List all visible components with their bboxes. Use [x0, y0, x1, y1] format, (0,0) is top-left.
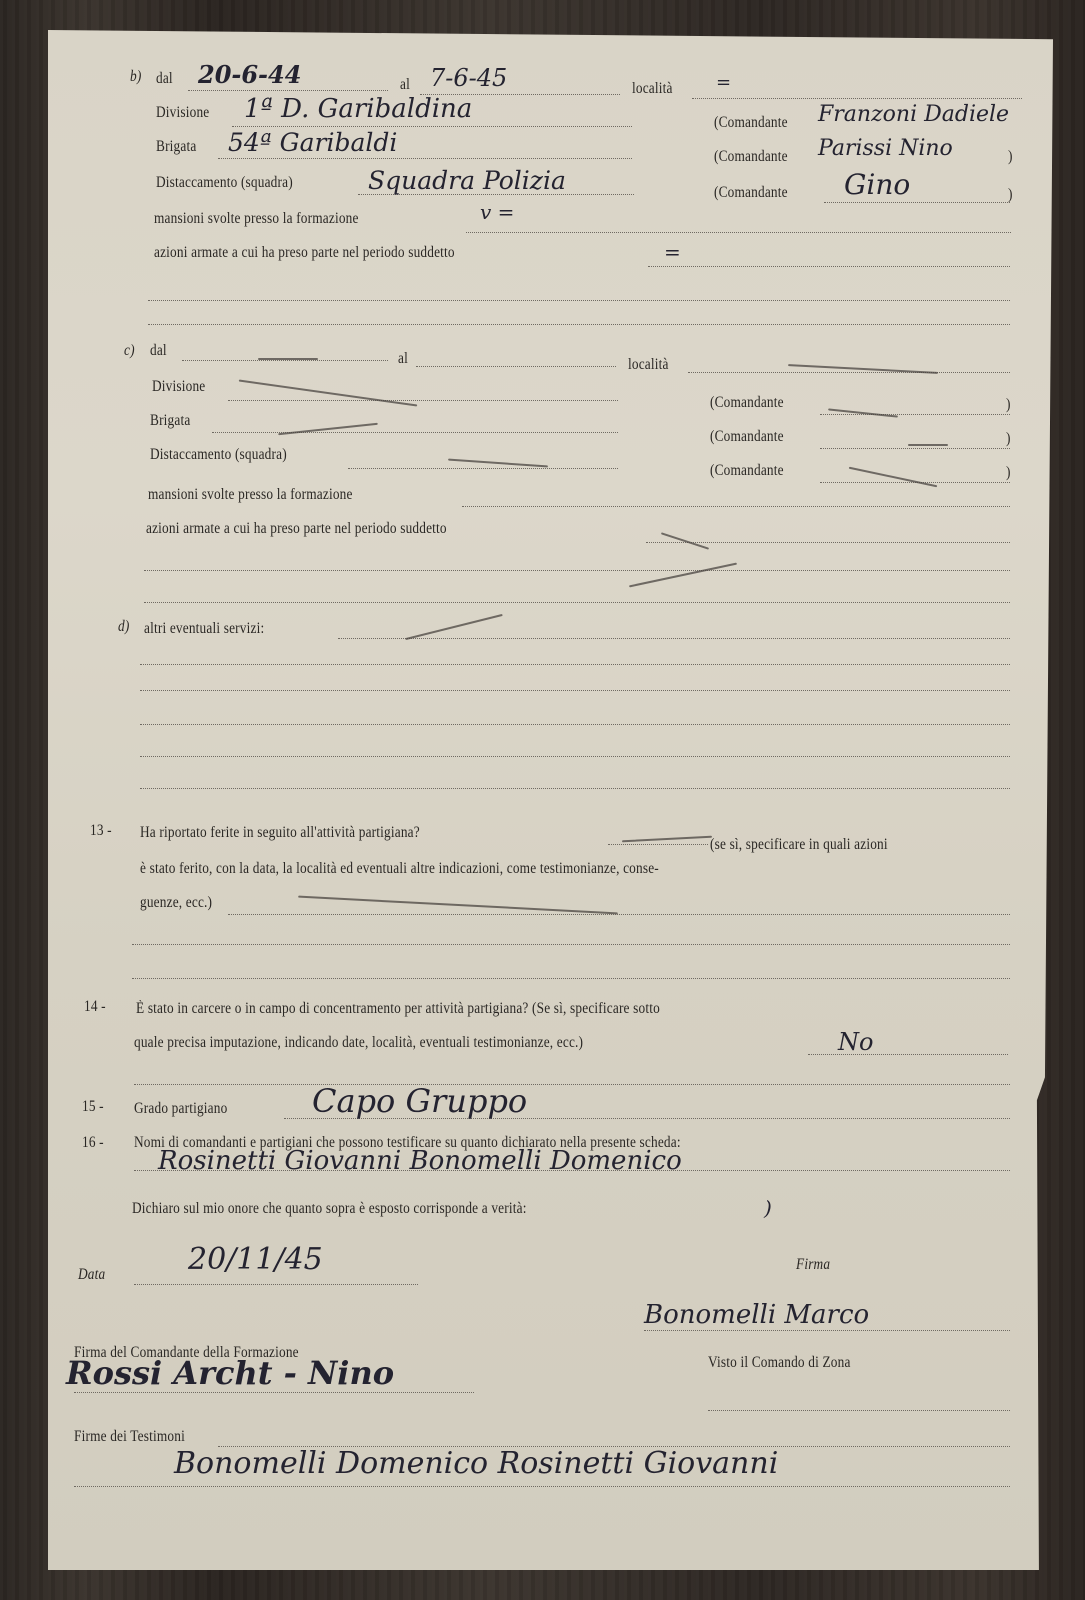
data-label: Data — [78, 1266, 105, 1284]
q13-number: 13 - — [90, 822, 112, 840]
localita-label: località — [632, 80, 673, 98]
divisione-value: 1ª D. Garibaldina — [244, 94, 472, 124]
comandante-distaccamento-value: Gino — [844, 168, 910, 201]
localita-value: = — [716, 72, 731, 93]
testimoni-names-value: Rosinetti Giovanni Bonomelli Domenico — [158, 1146, 682, 1176]
grado-partigiano-value: Capo Gruppo — [312, 1082, 527, 1120]
dal-value: 20-6-44 — [198, 60, 301, 89]
visto-comando-label: Visto il Comando di Zona — [708, 1354, 851, 1372]
mansioni-value: v = — [480, 200, 514, 224]
firma-label: Firma — [796, 1256, 830, 1274]
comandante-label: (Comandante — [714, 148, 788, 166]
q14-answer: No — [838, 1028, 873, 1056]
distaccamento-label: Distaccamento (squadra) — [156, 174, 293, 192]
q14-question: È stato in carcere o in campo di concent… — [136, 1000, 660, 1018]
al-label: al — [400, 76, 410, 94]
data-value: 20/11/45 — [188, 1242, 323, 1277]
section-d-label: d) — [118, 618, 129, 636]
divisione-label: Divisione — [156, 104, 209, 122]
firme-testimoni-value: Bonomelli Domenico Rosinetti Giovanni — [174, 1446, 778, 1481]
q13-question: Ha riportato ferite in seguito all'attiv… — [140, 824, 420, 842]
comandante-divisione-value: Franzoni Dadiele — [818, 102, 1009, 127]
section-b-label: b) — [130, 68, 141, 86]
form-sheet: b) dal 20-6-44 al 7-6-45 località = Divi… — [48, 30, 1053, 1570]
firma-value: Bonomelli Marco — [644, 1300, 869, 1330]
mansioni-label: mansioni svolte presso la formazione — [154, 210, 359, 228]
azioni-value: = — [664, 240, 681, 264]
comandante-label: (Comandante — [714, 184, 788, 202]
declaration-text: Dichiaro sul mio onore che quanto sopra … — [132, 1200, 527, 1218]
brigata-value: 54ª Garibaldi — [228, 128, 397, 157]
firma-comandante-value: Rossi Archt - Nino — [66, 1354, 394, 1392]
q16-number: 16 - — [82, 1134, 104, 1152]
dal-label: dal — [156, 70, 173, 88]
comandante-label: (Comandante — [714, 114, 788, 132]
q15-number: 15 - — [82, 1098, 104, 1116]
section-c-label: c) — [124, 342, 135, 360]
firme-testimoni-label: Firme dei Testimoni — [74, 1428, 185, 1446]
comandante-brigata-value: Parissi Nino — [818, 136, 953, 161]
al-value: 7-6-45 — [430, 64, 507, 92]
brigata-label: Brigata — [156, 138, 196, 156]
azioni-label: azioni armate a cui ha preso parte nel p… — [154, 244, 455, 262]
distaccamento-value: Squadra Polizia — [368, 166, 566, 195]
q14-number: 14 - — [84, 998, 106, 1016]
q15-label: Grado partigiano — [134, 1100, 227, 1118]
